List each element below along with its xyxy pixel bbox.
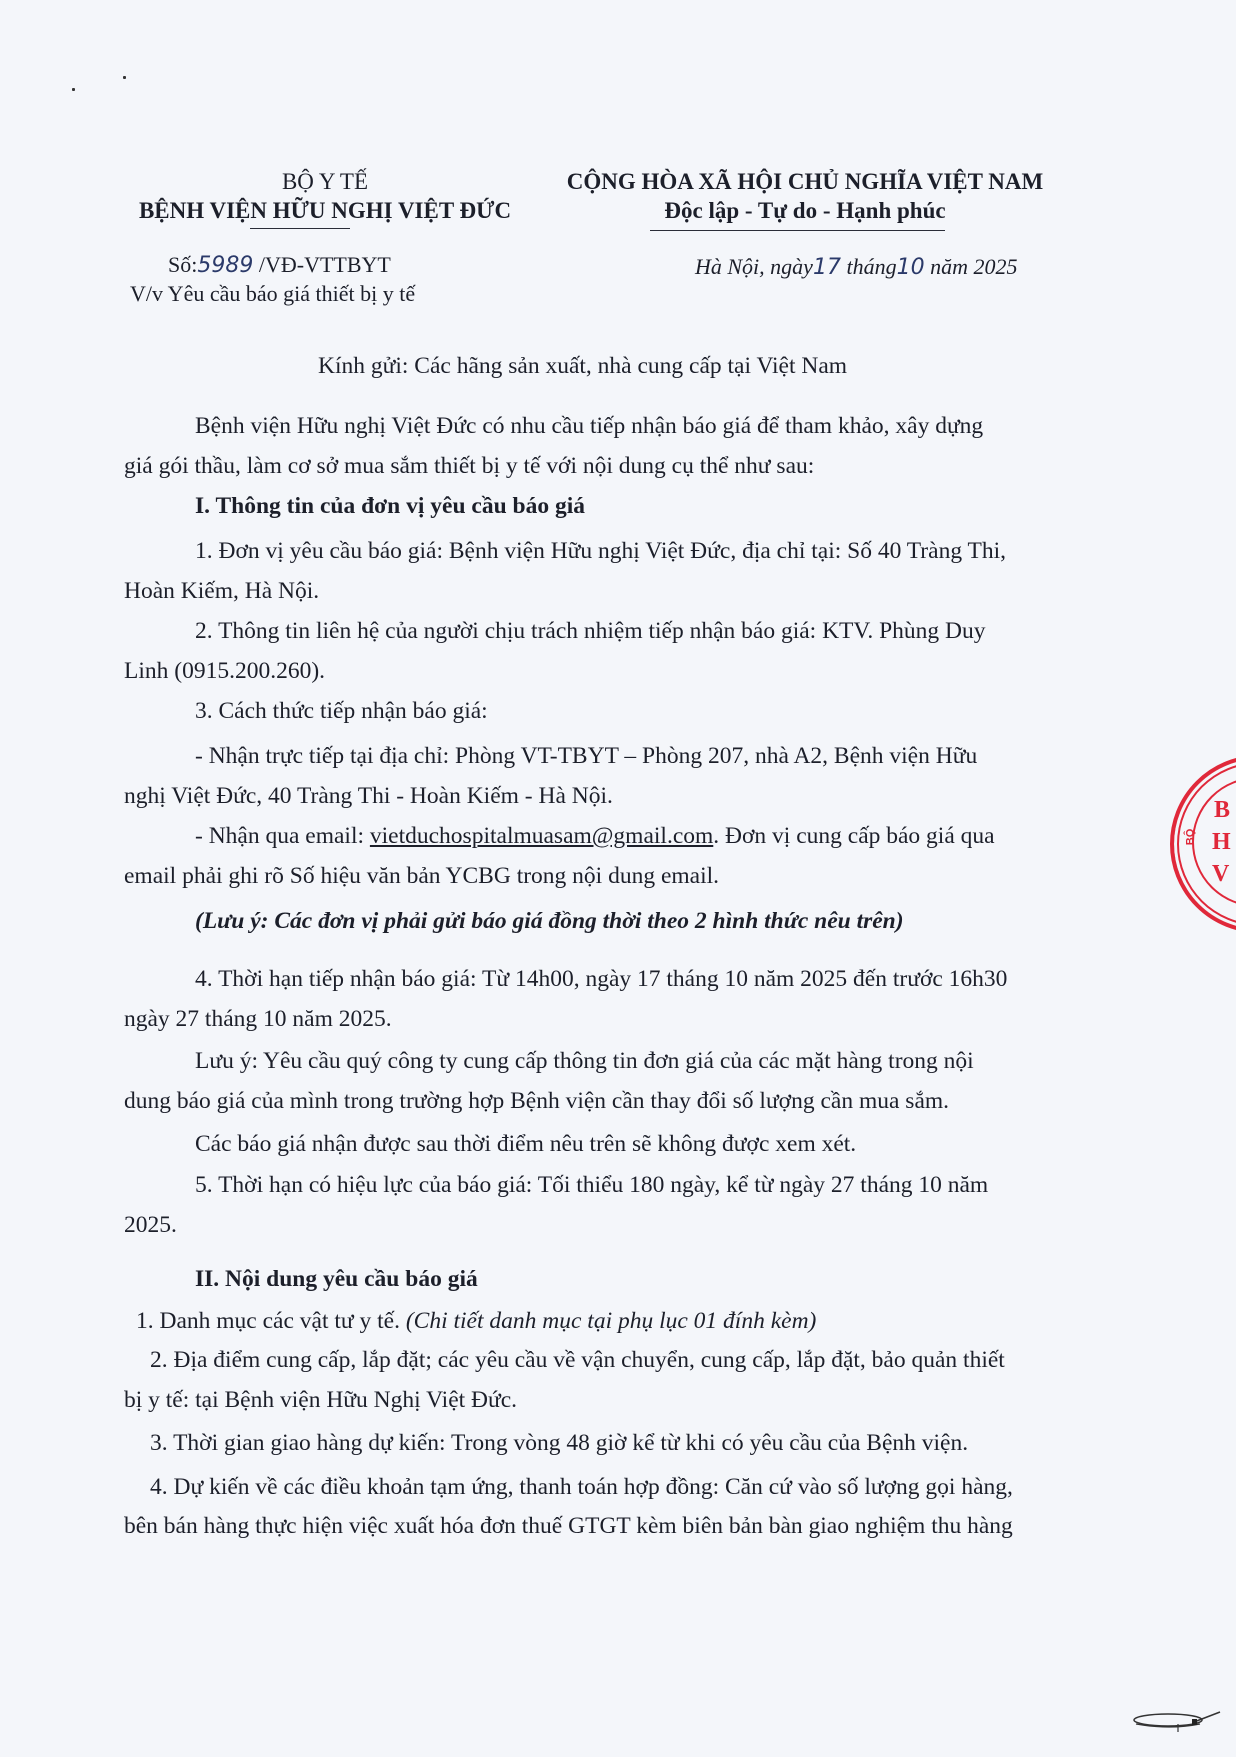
ministry-name: BỘ Y TẾ [130,170,520,193]
s1-note2-line2: dung báo giá của mình trong trường hợp B… [124,1090,949,1114]
s2-item1-text: 1. Danh mục các vật tư y tế. [136,1308,406,1334]
country-name: CỘNG HÒA XÃ HỘI CHỦ NGHĨA VIỆT NAM [545,170,1065,193]
national-motto: Độc lập - Tự do - Hạnh phúc [545,199,1065,222]
seal-letter: B [1214,797,1230,824]
s2-item1-attachment-note: (Chi tiết danh mục tại phụ lục 01 đính k… [406,1308,817,1334]
email-prefix: - Nhận qua email: [195,823,370,849]
official-seal: B H V BỘ [1170,755,1236,933]
document-page: BỘ Y TẾ BỆNH VIỆN HỮU NGHỊ VIỆT ĐỨC Số:5… [0,0,1236,1757]
date-month: 10 [897,255,925,280]
s2-item3: 3. Thời gian giao hàng dự kiến: Trong vò… [150,1432,968,1456]
s1-item5-line2: 2025. [124,1214,177,1238]
date-month-label: tháng [846,254,896,279]
s1-direct-line1: - Nhận trực tiếp tại địa chỉ: Phòng VT-T… [195,745,977,769]
s2-item1: 1. Danh mục các vật tư y tế. (Chi tiết d… [136,1310,816,1334]
doc-number-handwritten: 5989 [197,253,253,278]
scan-speck [123,76,126,79]
initials-mark-icon [1130,1710,1230,1740]
s2-item2-line1: 2. Địa điểm cung cấp, lắp đặt; các yêu c… [150,1349,1005,1373]
s1-note: (Lưu ý: Các đơn vị phải gửi báo giá đồng… [195,910,904,934]
date-day: 17 [813,255,841,280]
seal-letter: H [1212,829,1231,856]
hospital-name: BỆNH VIỆN HỮU NGHỊ VIỆT ĐỨC [110,199,540,222]
doc-number-label: Số: [168,252,197,277]
email-suffix: . Đơn vị cung cấp báo giá qua [713,823,994,849]
section-1-title: I. Thông tin của đơn vị yêu cầu báo giá [195,495,585,519]
s1-late-notice: Các báo giá nhận được sau thời điểm nêu … [195,1133,856,1157]
header-left-underline [250,228,350,229]
section-2-title: II. Nội dung yêu cầu báo giá [195,1268,478,1292]
intro-line-2: giá gói thầu, làm cơ sở mua sắm thiết bị… [124,455,814,479]
s1-direct-line2: nghị Việt Đức, 40 Tràng Thi - Hoàn Kiếm … [124,785,613,809]
intro-line-1: Bệnh viện Hữu nghị Việt Đức có nhu cầu t… [195,415,983,439]
seal-letter: V [1212,861,1229,888]
s1-email-line2: email phải ghi rõ Số hiệu văn bản YCBG t… [124,865,719,889]
s1-item5-line1: 5. Thời hạn có hiệu lực của báo giá: Tối… [195,1174,988,1198]
seal-side-text: BỘ [1184,829,1196,846]
date-year: năm 2025 [930,254,1017,279]
s1-item4-line1: 4. Thời hạn tiếp nhận báo giá: Từ 14h00,… [195,968,1007,992]
s1-item1-line2: Hoàn Kiếm, Hà Nội. [124,580,319,604]
s1-email-line1: - Nhận qua email: vietduchospitalmuasam@… [195,825,995,849]
email-link[interactable]: vietduchospitalmuasam@gmail.com [370,823,713,849]
s1-item2-line2: Linh (0915.200.260). [124,660,325,684]
scan-speck [72,88,75,91]
header-right-underline [650,230,945,231]
s2-item4-line2: bên bán hàng thực hiện việc xuất hóa đơn… [124,1515,1013,1539]
issue-date: Hà Nội, ngày17 tháng10 năm 2025 [695,256,1017,279]
s1-item4-line2: ngày 27 tháng 10 năm 2025. [124,1008,392,1032]
s2-item2-line2: bị y tế: tại Bệnh viện Hữu Nghị Việt Đức… [124,1389,517,1413]
doc-number-suffix: /VĐ-VTTBYT [259,252,391,277]
recipient: Kính gửi: Các hãng sản xuất, nhà cung cấ… [318,355,847,379]
doc-number: Số:5989 /VĐ-VTTBYT [168,254,391,277]
s1-note2-line1: Lưu ý: Yêu cầu quý công ty cung cấp thôn… [195,1050,974,1074]
s1-item3: 3. Cách thức tiếp nhận báo giá: [195,700,488,724]
s1-item2-line1: 2. Thông tin liên hệ của người chịu trác… [195,620,986,644]
doc-subject: V/v Yêu cầu báo giá thiết bị y tế [130,283,415,305]
date-prefix: Hà Nội, ngày [695,254,813,279]
s1-item1-line1: 1. Đơn vị yêu cầu báo giá: Bệnh viện Hữu… [195,540,1006,564]
s2-item4-line1: 4. Dự kiến về các điều khoản tạm ứng, th… [150,1476,1013,1500]
